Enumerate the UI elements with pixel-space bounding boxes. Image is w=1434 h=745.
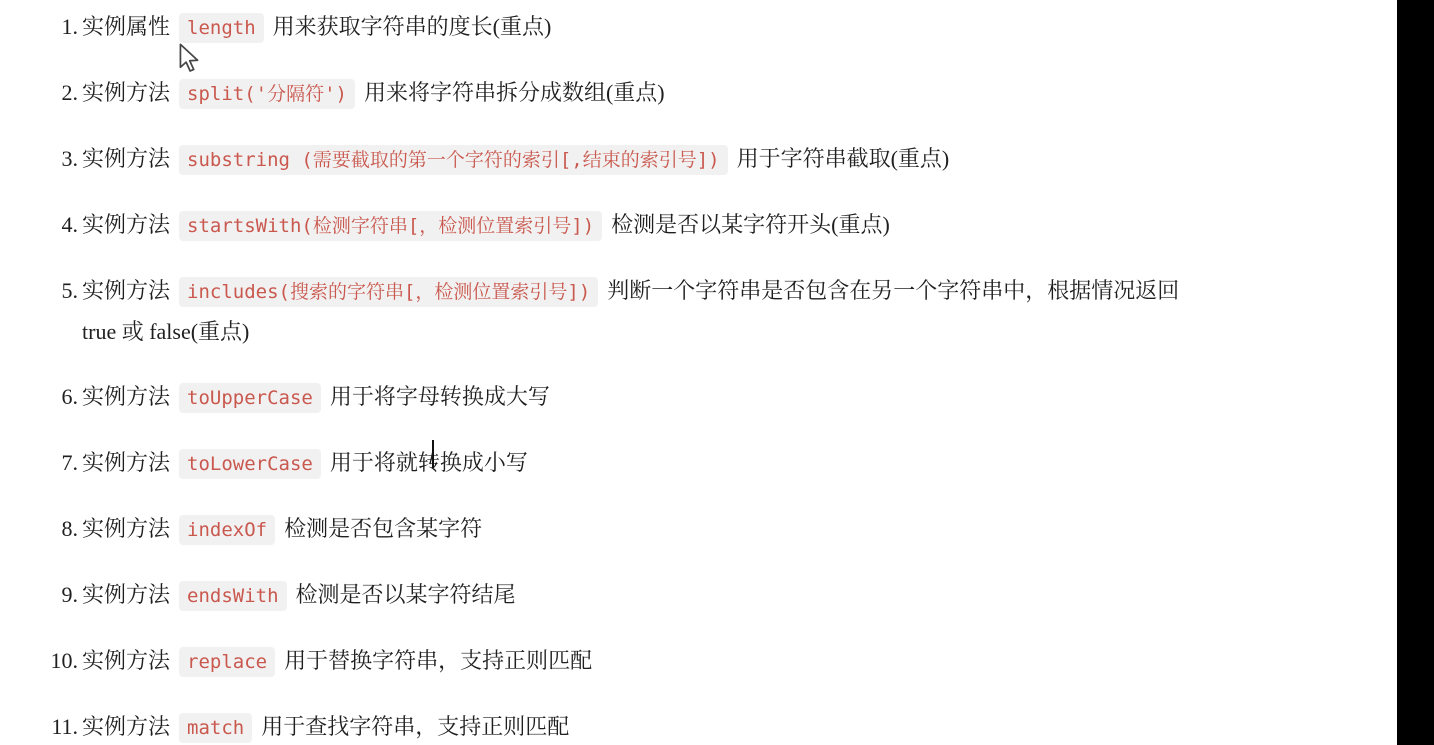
list-item: 1. 实例属性length用来获取字符串的度长(重点) bbox=[30, 14, 1397, 41]
list-item-text: 实例方法substring (需要截取的第一个字符的索引[,结束的索引号])用于… bbox=[82, 146, 1282, 173]
list-item-text: 实例方法toLowerCase用于将就转换成小写 bbox=[82, 450, 1282, 477]
list-item: 8. 实例方法indexOf检测是否包含某字符 bbox=[30, 516, 1397, 543]
inline-code: length bbox=[179, 13, 264, 43]
string-methods-list: 1. 实例属性length用来获取字符串的度长(重点) 2. 实例方法split… bbox=[30, 14, 1397, 741]
list-item-text: 实例属性length用来获取字符串的度长(重点) bbox=[82, 14, 1282, 41]
list-item-number: 6. bbox=[30, 384, 78, 410]
list-item-prefix: 实例方法 bbox=[82, 648, 170, 673]
inline-code: toUpperCase bbox=[179, 383, 321, 413]
list-item-number: 8. bbox=[30, 516, 78, 542]
list-item-prefix: 实例属性 bbox=[82, 14, 170, 39]
list-item-number: 2. bbox=[30, 80, 78, 106]
list-item-text: 实例方法endsWith检测是否以某字符结尾 bbox=[82, 582, 1282, 609]
list-item-prefix: 实例方法 bbox=[82, 714, 170, 739]
list-item-suffix: 检测是否包含某字符 bbox=[284, 516, 482, 541]
list-item-prefix: 实例方法 bbox=[82, 212, 170, 237]
list-item-text: 实例方法startsWith(检测字符串[，检测位置索引号])检测是否以某字符开… bbox=[82, 212, 1282, 239]
inline-code: indexOf bbox=[179, 515, 275, 545]
inline-code: toLowerCase bbox=[179, 449, 321, 479]
list-item-prefix: 实例方法 bbox=[82, 450, 170, 475]
inline-code: endsWith bbox=[179, 581, 287, 611]
list-item-text: 实例方法indexOf检测是否包含某字符 bbox=[82, 516, 1282, 543]
list-item-prefix: 实例方法 bbox=[82, 278, 170, 303]
list-item: 2. 实例方法split('分隔符')用来将字符串拆分成数组(重点) bbox=[30, 80, 1397, 107]
list-item-number: 9. bbox=[30, 582, 78, 608]
inline-code: replace bbox=[179, 647, 275, 677]
list-item-text: 实例方法split('分隔符')用来将字符串拆分成数组(重点) bbox=[82, 80, 1282, 107]
inline-code: startsWith(检测字符串[，检测位置索引号]) bbox=[179, 211, 602, 241]
list-item-number: 5. bbox=[30, 278, 78, 304]
list-item-number: 7. bbox=[30, 450, 78, 476]
list-item-text: 实例方法replace用于替换字符串，支持正则匹配 bbox=[82, 648, 1282, 675]
document-editor-area[interactable]: 1. 实例属性length用来获取字符串的度长(重点) 2. 实例方法split… bbox=[0, 0, 1397, 745]
list-item-suffix: 用于将就转换成小写 bbox=[330, 450, 528, 475]
inline-code: includes(搜索的字符串[，检测位置索引号]) bbox=[179, 277, 598, 307]
list-item-prefix: 实例方法 bbox=[82, 582, 170, 607]
list-item-number: 3. bbox=[30, 146, 78, 172]
list-item: 6. 实例方法toUpperCase用于将字母转换成大写 bbox=[30, 384, 1397, 411]
list-item-suffix: 用于查找字符串，支持正则匹配 bbox=[261, 714, 569, 739]
list-item-suffix: 检测是否以某字符结尾 bbox=[296, 582, 516, 607]
list-item: 9. 实例方法endsWith检测是否以某字符结尾 bbox=[30, 582, 1397, 609]
list-item-number: 11. bbox=[30, 714, 78, 740]
list-item-prefix: 实例方法 bbox=[82, 384, 170, 409]
list-item-suffix: 检测是否以某字符开头(重点) bbox=[611, 212, 890, 237]
list-item-prefix: 实例方法 bbox=[82, 516, 170, 541]
list-item-text: 实例方法match用于查找字符串，支持正则匹配 bbox=[82, 714, 1282, 741]
inline-code: substring (需要截取的第一个字符的索引[,结束的索引号]) bbox=[179, 145, 728, 175]
list-item-text: 实例方法includes(搜索的字符串[，检测位置索引号])判断一个字符串是否包… bbox=[82, 278, 1282, 345]
text-caret bbox=[432, 440, 434, 468]
list-item-suffix: 判断一个字符串是否包含在另一个字符串中，根据情况返回 bbox=[607, 278, 1179, 303]
list-item-text: 实例方法toUpperCase用于将字母转换成大写 bbox=[82, 384, 1282, 411]
inline-code: match bbox=[179, 713, 252, 743]
list-item: 11. 实例方法match用于查找字符串，支持正则匹配 bbox=[30, 714, 1397, 741]
list-item: 4. 实例方法startsWith(检测字符串[，检测位置索引号])检测是否以某… bbox=[30, 212, 1397, 239]
list-item-suffix: 用于替换字符串，支持正则匹配 bbox=[284, 648, 592, 673]
list-item-suffix: 用来获取字符串的度长(重点) bbox=[273, 14, 552, 39]
list-item-suffix: 用来将字符串拆分成数组(重点) bbox=[364, 80, 665, 105]
document-page: 1. 实例属性length用来获取字符串的度长(重点) 2. 实例方法split… bbox=[0, 0, 1434, 745]
list-item-prefix: 实例方法 bbox=[82, 146, 170, 171]
inline-code: split('分隔符') bbox=[179, 79, 355, 109]
list-item: 7. 实例方法toLowerCase用于将就转换成小写 bbox=[30, 450, 1397, 477]
list-item-suffix: 用于将字母转换成大写 bbox=[330, 384, 550, 409]
list-item-suffix: 用于字符串截取(重点) bbox=[737, 146, 950, 171]
list-item: 5. 实例方法includes(搜索的字符串[，检测位置索引号])判断一个字符串… bbox=[30, 278, 1397, 345]
right-letterbox-bar bbox=[1397, 0, 1434, 745]
list-item-number: 4. bbox=[30, 212, 78, 238]
list-item-suffix-line2: true 或 false(重点) bbox=[82, 319, 1282, 345]
list-item: 3. 实例方法substring (需要截取的第一个字符的索引[,结束的索引号]… bbox=[30, 146, 1397, 173]
list-item-number: 10. bbox=[30, 648, 78, 674]
list-item: 10. 实例方法replace用于替换字符串，支持正则匹配 bbox=[30, 648, 1397, 675]
list-item-number: 1. bbox=[30, 14, 78, 40]
list-item-prefix: 实例方法 bbox=[82, 80, 170, 105]
